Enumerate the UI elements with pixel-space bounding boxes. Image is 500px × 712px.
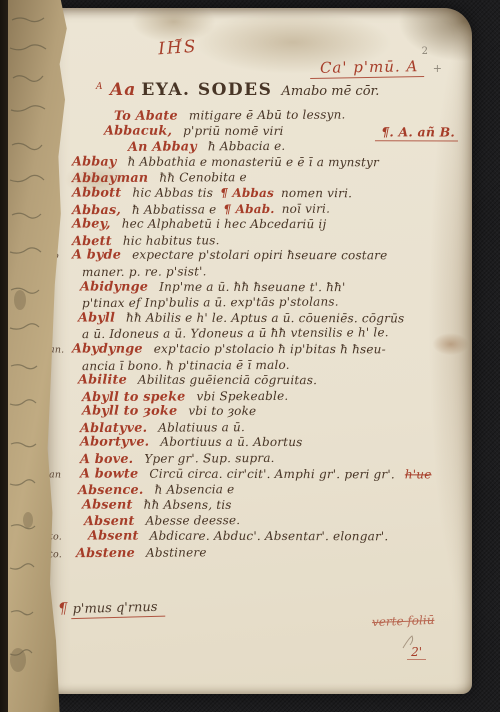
pencil-cross-mark: + xyxy=(433,62,442,75)
entry-body: ħħ Abilis e h' le. Aptus a ū. cōueniēs. … xyxy=(126,310,404,325)
entry-headword: Abidynge xyxy=(80,279,148,294)
entry-headword: Abstene xyxy=(76,545,135,560)
entry-body: hec Alphabetū i hec Abcedariū ij xyxy=(122,217,327,232)
entry-body: ancia ī bono. ħ p'tinacia ē ī malo. xyxy=(82,357,290,372)
glossary-line: Abidynge Inp'me a ū. ħħ ħseuane t'. ħħ' xyxy=(72,279,460,296)
quire-note-text: p'mus q'rnus xyxy=(70,600,165,619)
entry-red-word: ¶ Abbas xyxy=(220,186,274,200)
entry-headword: To Abate xyxy=(114,109,178,124)
entry-headword: Abyll to speke xyxy=(82,389,186,405)
entry-headword: Absent xyxy=(84,514,135,529)
glossary-line: to. Abstene Abstinere xyxy=(72,543,460,561)
glossary-line: Absent Abesse deesse. xyxy=(72,512,460,530)
entry-body: vbi to ȝoke xyxy=(188,404,256,418)
glossary-line: Abbayman ħħ Cenobita e xyxy=(72,169,460,187)
quire-signature: 2' xyxy=(407,645,426,660)
pencil-folio-number: 2 xyxy=(422,46,428,57)
glossary-line: ancia ī bono. ħ p'tinacia ē ī malo. xyxy=(72,356,460,374)
entry-body: Ablatiuus a ū. xyxy=(158,420,245,435)
entry-body: expectare p'stolari opiri ħseuare costar… xyxy=(132,248,387,263)
glossary-line: maner. p. re. p'sist'. xyxy=(72,263,460,281)
glossary-line: A bove. Yper gr'. Sup. supra. xyxy=(72,450,460,468)
entry-headword: Abey, xyxy=(72,217,111,232)
entry-headword: Absence. xyxy=(78,483,144,498)
entry-headword: Abyll to ȝoke xyxy=(82,404,177,419)
glossary-line: to. Absent Abdicare. Abduc'. Absentar'. … xyxy=(72,529,460,546)
entry-headword: Abortyve. xyxy=(80,435,149,450)
glossary-line: an. Abydynge exp'tacio p'stolacio ħ ip'b… xyxy=(72,341,460,358)
entry-body: Circū circa. cir'cit'. Amphi gr'. peri g… xyxy=(149,466,395,481)
chapter-heading: Ca' p'mū. A xyxy=(310,57,425,79)
entry-body-2: noī viri. xyxy=(282,201,331,215)
entry-red-word: ¶ Abab. xyxy=(223,202,274,216)
entry-body: Abstinere xyxy=(146,545,207,559)
glossary-line: Abilite Abilitas guēienciā cōgruitas. xyxy=(72,373,460,390)
guide-letter: A xyxy=(96,82,103,92)
entry-body: vbi Spekeable. xyxy=(196,389,288,404)
glossary-line: Abey, hec Alphabetū i hec Abcedariū ij xyxy=(72,217,460,234)
glossary-line: Abortyve. Abortiuus a ū. Abortus xyxy=(72,435,460,452)
glossary-text-block: A Aa EYA. SODES Amabo mē cōr. To Abate m… xyxy=(72,80,460,560)
glossary-line: To Abate mitigare ē Abū to lessyn. xyxy=(72,107,460,125)
entry-headword: A bowte xyxy=(80,466,138,481)
entry-struck-word: h'ue xyxy=(405,467,432,481)
entry-body: ħ Abbatissa e xyxy=(132,202,216,217)
entry-body: maner. p. re. p'sist'. xyxy=(82,264,207,279)
paraph-mark: ¶ xyxy=(58,599,68,617)
entry-body: ħ Abbathia e monasteriū e ē ī a mynstyr xyxy=(128,154,379,169)
glossary-line: Absence. ħ Absencia e xyxy=(72,481,460,499)
glossary-line: to A byde expectare p'stolari opiri ħseu… xyxy=(72,248,460,265)
entry-headword: A bove. xyxy=(80,452,133,467)
glossary-line: p'tinax ef Inp'bulis a ū. exp'tās p'stol… xyxy=(72,294,460,312)
entry-body: ħ Abbacia e. xyxy=(208,139,286,153)
entry-body: ħħ Cenobita e xyxy=(159,170,247,185)
entry-lines: To Abate mitigare ē Abū to lessyn. Abbac… xyxy=(72,108,460,560)
entry-body: hic habitus tus. xyxy=(123,233,220,248)
entry-body: p'priū nomē viri xyxy=(183,123,283,137)
entry-headword: Abbay xyxy=(72,154,117,169)
entry-body: exp'tacio p'stolacio ħ ip'bitas ħ ħseu- xyxy=(154,342,386,357)
manuscript-page: ~ IHS Ca' p'mū. A 2 + A Aa EYA. SODES Am… xyxy=(46,8,472,694)
entry-body: hic Abbas tis xyxy=(132,186,213,200)
entry-headword: Abbacuk, xyxy=(104,123,172,138)
entry-body: Abesse deesse. xyxy=(146,514,241,529)
entry-body: Yper gr'. Sup. supra. xyxy=(144,451,274,466)
verte-folium-note-struck: verte foliū xyxy=(371,613,434,629)
entry-body: p'tinax ef Inp'bulis a ū. exp'tās p'stol… xyxy=(82,295,339,311)
opening-lemma: EYA. SODES xyxy=(141,80,272,100)
opening-gloss: Amabo mē cōr. xyxy=(282,84,380,99)
entry-body: Abilitas guēienciā cōgruitas. xyxy=(138,373,317,387)
entry-body: ħ Absencia e xyxy=(155,482,235,496)
entry-headword: Abydynge xyxy=(72,341,143,356)
quire-note: ¶p'mus q'rnus xyxy=(58,597,166,618)
entry-headword: Absent xyxy=(82,497,133,512)
ihs-monogram: ~ IHS xyxy=(157,31,198,60)
glossary-opening-line: A Aa EYA. SODES Amabo mē cōr. xyxy=(72,80,460,106)
entry-margin-word: an xyxy=(49,467,61,483)
entry-headword: Abbayman xyxy=(72,171,148,186)
entry-headword: An Abbay xyxy=(128,140,197,155)
entry-headword: Abbott xyxy=(72,185,121,200)
entry-body: Abortiuus a ū. Abortus xyxy=(160,435,302,449)
entry-body-2: nomen viri. xyxy=(281,186,352,200)
entry-headword: Absent xyxy=(88,529,139,544)
entry-headword: Abyll xyxy=(78,310,115,325)
entry-headword: Abilite xyxy=(78,373,127,388)
glossary-line: Abyll to ȝoke vbi to ȝoke xyxy=(72,404,460,421)
entry-body: mitigare ē Abū to lessyn. xyxy=(189,108,346,123)
entry-body: a ū. Idoneus a ū. Ydoneus a ū ħħ vtensil… xyxy=(82,326,389,342)
entry-body: Abdicare. Abduc'. Absentar'. elongar'. xyxy=(150,529,389,544)
glossary-line: An Abbay ħ Abbacia e. xyxy=(72,138,460,156)
entry-headword: A byde xyxy=(72,248,121,263)
opening-initial: Aa xyxy=(110,80,136,100)
entry-headword: Abbas, xyxy=(72,202,121,217)
entry-body: ħħ Absens, tis xyxy=(144,498,232,512)
glossary-line: Abbott hic Abbas tis ¶ Abbas nomen viri. xyxy=(72,185,460,202)
photo-of-manuscript: { "photo": { "description_marks": { "pen… xyxy=(0,0,500,712)
entry-body: Inp'me a ū. ħħ ħseuane t'. ħħ' xyxy=(159,279,345,293)
glossary-line: Abbas, ħ Abbatissa e ¶ Abab. noī viri. xyxy=(72,200,460,218)
glossary-line: a ū. Idoneus a ū. Ydoneus a ū ħħ vtensil… xyxy=(72,325,460,343)
